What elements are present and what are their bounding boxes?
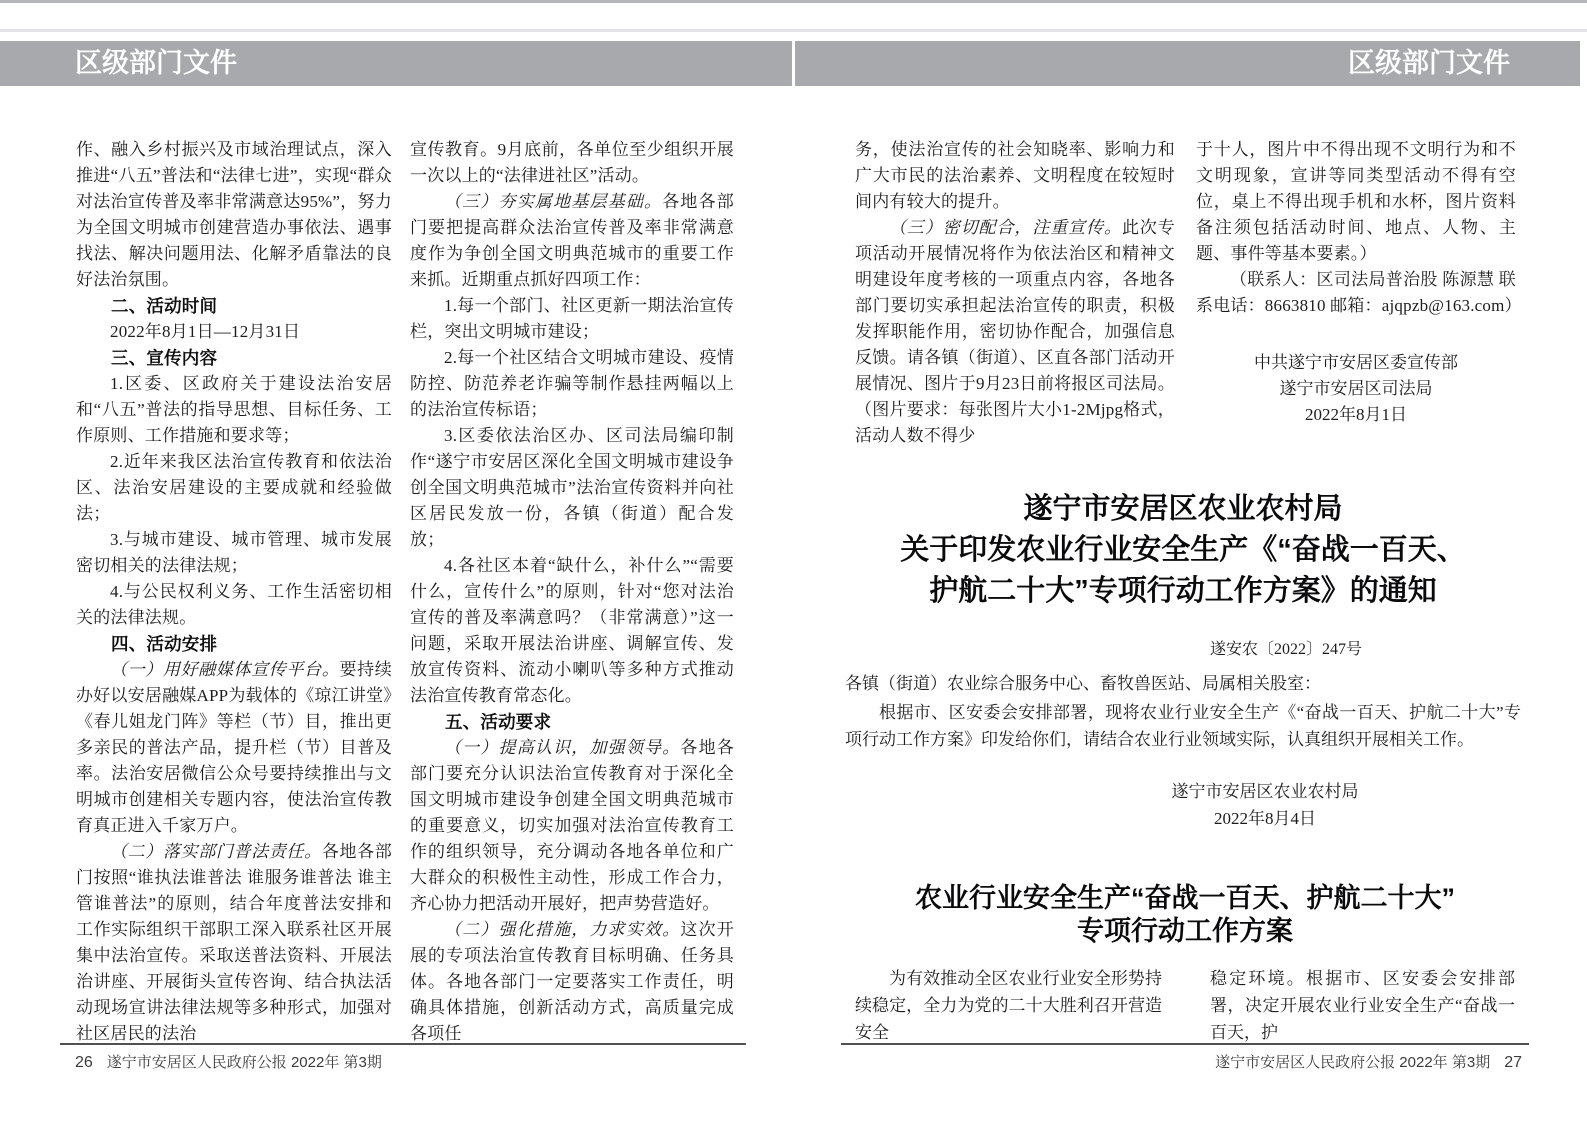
text-line: 护航二十大”专项行动工作方案》的通知 bbox=[845, 571, 1521, 612]
page-number-right: 27 bbox=[1504, 1054, 1522, 1071]
plan-column-2: 稳定环境。根据市、区安委会安排部署，决定开展农业行业安全生产“奋战一百天，护 bbox=[1210, 965, 1515, 1046]
body-paragraph: （一）提高认识，加强领导。各地各部门要充分认识法治宣传教育对于深化全国文明城市建… bbox=[410, 735, 734, 917]
paragraph-lead: （二）强化措施，力求实效。 bbox=[444, 920, 680, 939]
top-divider-line bbox=[0, 29, 1587, 32]
body-paragraph: （三）密切配合，注重宣传。此次专项活动开展情况将作为依法治区和精神文明建设年度考… bbox=[855, 215, 1175, 449]
paragraph-lead: （三）密切配合，注重宣传。 bbox=[889, 218, 1122, 237]
body-paragraph: 务，使法治宣传的社会知晓率、影响力和广大市民的法治素养、文明程度在较短时间内有较… bbox=[855, 137, 1175, 215]
paragraph-lead: （三）夯实属地基层基础。 bbox=[444, 192, 662, 211]
notice-salutation: 各镇（街道）农业综合服务中心、畜牧兽医站、局属相关股室： bbox=[845, 670, 1525, 697]
section-heading: 五、活动要求 bbox=[410, 709, 734, 735]
body-paragraph: （一）用好融媒体宣传平台。要持续办好以安居融媒APP为载体的《琼江讲堂》《春儿姐… bbox=[76, 657, 392, 839]
text-line: 中共遂宁市安居区委宣传部 bbox=[1196, 350, 1516, 376]
body-paragraph: 2022年8月1日—12月31日 bbox=[76, 319, 392, 345]
left-page-column-1: 作、融入乡村振兴及市域治理试点，深入推进“八五”普法和“法律七进”，实现“群众对… bbox=[76, 137, 392, 1047]
body-paragraph: 于十人，图片中不得出现不文明行为和不文明现象，宣讲等同类型活动不得有空位，桌上不… bbox=[1196, 137, 1516, 267]
section-heading: 四、活动安排 bbox=[76, 631, 392, 657]
section-heading: 二、活动时间 bbox=[76, 293, 392, 319]
footer-right-text: 遂宁市安居区人民政府公报 2022年 第3期 bbox=[1215, 1054, 1490, 1071]
text-line: 农业行业安全生产“奋战一百天、护航二十大” bbox=[845, 882, 1525, 915]
document-number: 遂安农〔2022〕247号 bbox=[1042, 636, 1362, 659]
page-top-edge bbox=[0, 0, 1587, 3]
body-paragraph: 2.每一个社区结合文明城市建设、疫情防控、防范养老诈骗等制作悬挂两幅以上的法治宣… bbox=[410, 345, 734, 423]
section-banner-left: 区级部门文件 bbox=[0, 41, 792, 86]
footer-rule-right bbox=[841, 1043, 1529, 1045]
section-banner-left-label: 区级部门文件 bbox=[75, 48, 237, 78]
right-page-column-1: 务，使法治宣传的社会知晓率、影响力和广大市民的法治素养、文明程度在较短时间内有较… bbox=[855, 137, 1175, 449]
body-paragraph: （三）夯实属地基层基础。各地各部门要把提高群众法治宣传普及率非常满意度作为争创全… bbox=[410, 189, 734, 293]
paragraph-lead: （一）用好融媒体宣传平台。 bbox=[110, 660, 339, 679]
body-paragraph: 1.区委、区政府关于建设法治安居和“八五”普法的指导思想、目标任务、工作原则、工… bbox=[76, 371, 392, 449]
body-paragraph: 3.与城市建设、城市管理、城市发展密切相关的法律法规； bbox=[76, 527, 392, 579]
body-paragraph: 2.近年来我区法治宣传教育和依法治区、法治安居建设的主要成就和经验做法； bbox=[76, 449, 392, 527]
body-paragraph: 作、融入乡村振兴及市域治理试点，深入推进“八五”普法和“法律七进”，实现“群众对… bbox=[76, 137, 392, 293]
body-paragraph: 4.各社区本着“缺什么，补什么”“需要什么，宣传什么”的原则，针对“您对法治宣传… bbox=[410, 553, 734, 709]
section-banner-right-label: 区级部门文件 bbox=[1348, 48, 1510, 78]
text-line: 遂宁市安居区司法局 bbox=[1196, 376, 1516, 402]
body-paragraph: （二）落实部门普法责任。各地各部门按照“谁执法谁普法 谁服务谁普法 谁主管谁普法… bbox=[76, 839, 392, 1047]
footer-left: 26遂宁市安居区人民政府公报 2022年 第3期 bbox=[75, 1053, 382, 1073]
footer-right: 遂宁市安居区人民政府公报 2022年 第3期27 bbox=[845, 1053, 1522, 1073]
footer-left-text: 遂宁市安居区人民政府公报 2022年 第3期 bbox=[107, 1054, 382, 1071]
plan-column-1: 为有效推动全区农业行业安全形势持续稳定，全力为党的二十大胜利召开营造安全 bbox=[855, 965, 1162, 1046]
notice-signoff: 遂宁市安居区农业农村局2022年8月4日 bbox=[1140, 778, 1390, 832]
gazette-spread: 区级部门文件 区级部门文件 作、融入乡村振兴及市域治理试点，深入推进“八五”普法… bbox=[0, 0, 1587, 1122]
text-line: 专项行动工作方案 bbox=[845, 915, 1525, 948]
body-paragraph: （联系人：区司法局普治股 陈源慧 联系电话：8663810 邮箱：ajqpzb@… bbox=[1196, 267, 1516, 319]
body-paragraph: 4.与公民权利义务、工作生活密切相关的法律法规。 bbox=[76, 579, 392, 631]
right-page-column-2: 于十人，图片中不得出现不文明行为和不文明现象，宣讲等同类型活动不得有空位，桌上不… bbox=[1196, 137, 1516, 319]
left-page-column-2: 宣传教育。9月底前，各单位至少组织开展一次以上的“法律进社区”活动。（三）夯实属… bbox=[410, 137, 734, 1047]
body-paragraph: 3.区委依法治区办、区司法局编印制作“遂宁市安居区深化全国文明城市建设争创全国文… bbox=[410, 423, 734, 553]
text-line: 遂宁市安居区农业农村局 bbox=[1140, 778, 1390, 805]
text-line: 2022年8月4日 bbox=[1140, 805, 1390, 832]
page-number-left: 26 bbox=[75, 1054, 93, 1071]
footer-rule-left bbox=[60, 1043, 746, 1045]
text-line: 遂宁市安居区农业农村局 bbox=[845, 489, 1521, 530]
document1-signoff: 中共遂宁市安居区委宣传部遂宁市安居区司法局2022年8月1日 bbox=[1196, 350, 1516, 428]
section-heading: 三、宣传内容 bbox=[76, 345, 392, 371]
paragraph-lead: （二）落实部门普法责任。 bbox=[110, 842, 322, 861]
body-paragraph: （二）强化措施，力求实效。这次开展的专项法治宣传教育目标明确、任务具体。各地各部… bbox=[410, 917, 734, 1047]
plan-subtitle: 农业行业安全生产“奋战一百天、护航二十大”专项行动工作方案 bbox=[845, 882, 1525, 948]
paragraph-lead: （一）提高认识，加强领导。 bbox=[444, 738, 680, 757]
body-paragraph: 1.每一个部门、社区更新一期法治宣传栏，突出文明城市建设； bbox=[410, 293, 734, 345]
text-line: 2022年8月1日 bbox=[1196, 402, 1516, 428]
text-line: 关于印发农业行业安全生产《“奋战一百天、 bbox=[845, 530, 1521, 571]
body-paragraph: 宣传教育。9月底前，各单位至少组织开展一次以上的“法律进社区”活动。 bbox=[410, 137, 734, 189]
section-banner-right: 区级部门文件 bbox=[795, 41, 1580, 86]
notice-body-paragraph: 根据市、区安委会安排部署，现将农业行业安全生产《“奋战一百天、护航二十大”专项行… bbox=[845, 699, 1521, 753]
notice-title: 遂宁市安居区农业农村局关于印发农业行业安全生产《“奋战一百天、护航二十大”专项行… bbox=[845, 489, 1521, 612]
